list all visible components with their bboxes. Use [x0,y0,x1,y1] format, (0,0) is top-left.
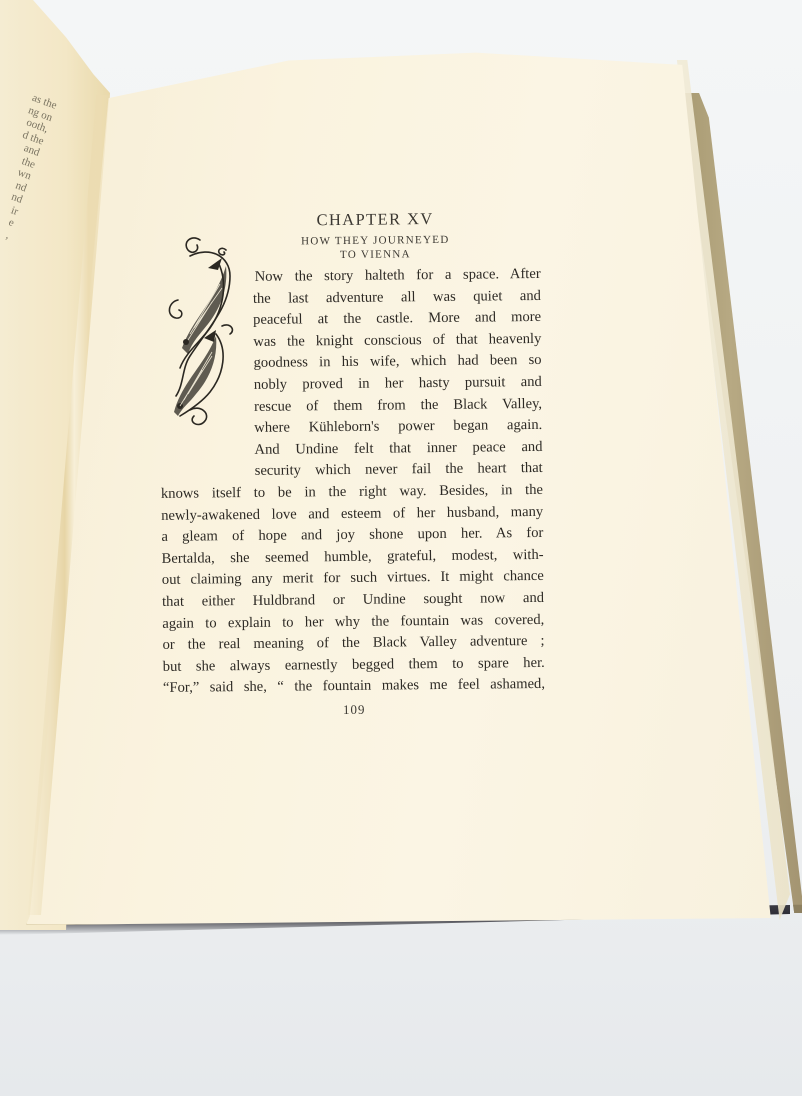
text-line: goodness in his wife, which had been so [253,350,541,375]
chapter-subtitle-line-2: TO VIENNA [260,246,490,262]
text-line: the last adventure all was quiet and [253,286,541,311]
chapter-title: CHAPTER XV [260,208,490,230]
page-text-block: CHAPTER XV HOW THEY JOURNEYED TO VIENNA … [150,208,555,720]
text-line: was the knight conscious of that heavenl… [253,329,541,354]
text-line: peaceful at the castle. More and more [253,307,541,332]
text-line: Now the story halteth for a space. After [255,264,541,289]
text-line: nobly proved in her hasty pursuit and [254,372,542,397]
text-line: rescue of them from the Black Valley, [254,393,542,418]
left-page-text-fragments: as the ng on ooth, d the and the wn nd n… [0,80,58,241]
chapter-body-text: Now the story halteth for a space. After… [151,264,556,700]
text-line: where Kühleborn's power began again. [254,415,542,440]
text-line: security which never fail the heart that [255,458,543,483]
text-line: “For,” said she, “ the fountain makes me… [163,674,545,700]
text-line: And Undine felt that inner peace and [254,437,542,462]
photo-scene: as the ng on ooth, d the and the wn nd n… [0,0,802,1096]
